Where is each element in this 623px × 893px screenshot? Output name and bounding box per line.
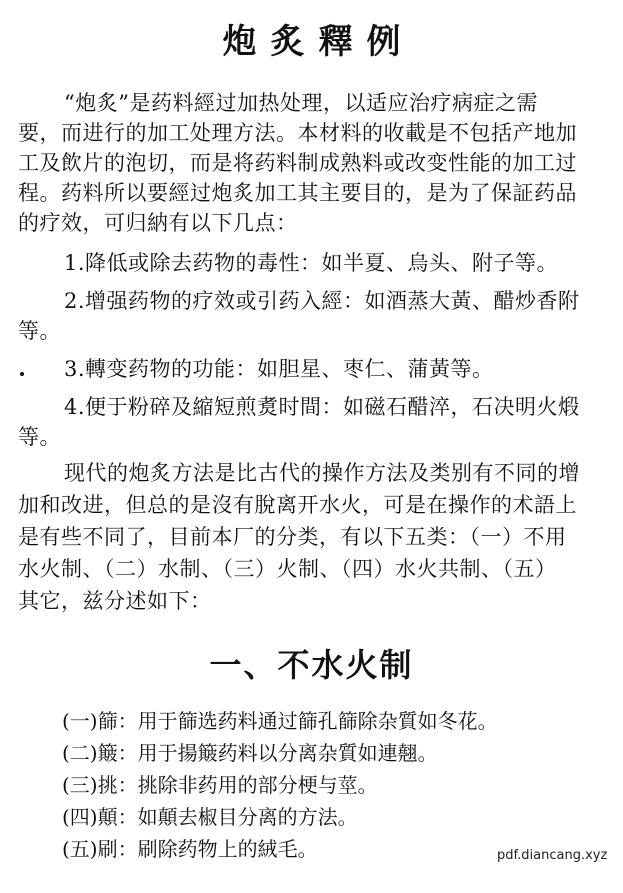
modern-line-5: 其它，兹分述如下： — [18, 586, 608, 616]
section-item-3: (三)挑：挑除非药用的部分梗与莖。 — [62, 770, 378, 800]
intro-line-5: 的疗效，可归納有以下几点： — [18, 208, 608, 238]
point-4-continued: 等。 — [18, 422, 608, 452]
intro-line-3: 工及飲片的泡切，而是将药料制成熟料或改变性能的加工过 — [18, 148, 608, 178]
modern-line-4: 水火制、（二）水制、（三）火制、（四）水火共制、（五） — [18, 554, 608, 584]
intro-line-2: 要，而进行的加工处理方法。本材料的收載是不包括产地加 — [18, 118, 608, 148]
point-3: 3.轉变药物的功能：如胆星、枣仁、蒲黃等。 — [64, 354, 608, 384]
point-2-continued: 等。 — [18, 316, 608, 346]
modern-line-1: 现代的炮炙方法是比古代的操作方法及类别有不同的增 — [64, 458, 608, 488]
section-item-2: (二)簸：用于揚簸药料以分离杂質如連翹。 — [62, 738, 438, 768]
section-item-1: (一)篩：用于篩选药料通过篩孔篩除杂質如冬花。 — [62, 706, 498, 736]
watermark: pdf.diancang.xyz — [497, 848, 607, 863]
section-item-5: (五)刷：刷除药物上的絨毛。 — [62, 834, 318, 864]
point-2: 2.增强药物的疗效或引药入經：如酒蒸大黃、醋炒香附 — [64, 286, 608, 316]
modern-line-3: 是有些不同了，目前本厂的分类，有以下五类：（一）不用 — [18, 522, 608, 552]
intro-line-4: 程。药料所以要經过炮炙加工其主要目的，是为了保証药品 — [18, 178, 608, 208]
intro-line-1: “炮炙”是药料經过加热处理，以适应治疗病症之需 — [64, 88, 608, 118]
page-title: 炮炙釋例 — [0, 14, 623, 63]
scan-speck — [20, 372, 24, 376]
section-item-4: (四)顛：如顛去椒目分离的方法。 — [62, 802, 358, 832]
point-1: 1.降低或除去药物的毒性：如半夏、烏头、附子等。 — [64, 248, 608, 278]
point-4: 4.便于粉碎及縮短煎煑时間：如磁石醋淬，石决明火煅 — [64, 392, 608, 422]
section-title: 一、不水火制 — [0, 640, 623, 686]
modern-line-2: 加和改进，但总的是沒有脫离开水火，可是在操作的术語上 — [18, 490, 608, 520]
